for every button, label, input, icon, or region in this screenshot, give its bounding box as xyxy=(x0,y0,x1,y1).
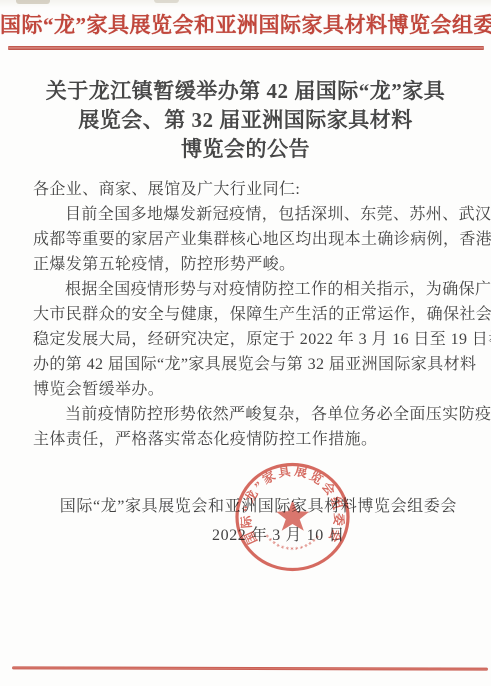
signature-org: 国际“龙”家具展览会和亚洲国际家具材料博览会组委会 xyxy=(0,493,457,516)
document-title-line-2: 展览会、第 32 届亚洲国际家具材料 xyxy=(0,106,491,135)
document-title-line-3: 博览会的公告 xyxy=(0,135,491,164)
paragraph-2-line: 办的第 42 届国际“龙”家具展览会与第 32 届亚洲国际家具材料 xyxy=(33,352,478,377)
seal-star-icon xyxy=(276,500,309,531)
scan-top-tint xyxy=(0,0,491,8)
paragraph-2-line: 博览会暂缓举办。 xyxy=(33,377,478,402)
paragraph-2-line: 根据全国疫情形势与对疫情防控工作的相关指示，为确保广 xyxy=(33,277,478,302)
paragraph-3-line: 当前疫情防控形势依然严峻复杂，各单位务必全面压实防疫 xyxy=(33,402,478,427)
notice-body: 各企业、商家、展馆及广大行业同仁: 目前全国多地爆发新冠疫情，包括深圳、东莞、苏… xyxy=(33,177,478,452)
letterhead-rule xyxy=(8,46,484,50)
paragraph-3-line: 主体责任，严格落实常态化疫情防控工作措施。 xyxy=(33,427,478,452)
paragraph-1-line: 成都等重要的家居产业集群核心地区均出现本土确诊病例，香港 xyxy=(33,227,478,252)
paragraph-2-line: 稳定发展大局，经研究决定，原定于 2022 年 3 月 16 日至 19 日举 xyxy=(33,327,478,352)
scan-smudge xyxy=(16,0,50,4)
scan-smudge xyxy=(154,0,179,3)
letterhead-org-title: 国际“龙”家具展览会和亚洲国际家具材料博览会组委会 xyxy=(0,9,491,39)
salutation: 各企业、商家、展馆及广大行业同仁: xyxy=(33,177,478,202)
paragraph-2-line: 大市民群众的安全与健康，保障生产生活的正常运作，确保社会 xyxy=(33,302,478,327)
document-title: 关于龙江镇暂缓举办第 42 届国际“龙”家具 展览会、第 32 届亚洲国际家具材… xyxy=(0,77,491,164)
scanned-notice-page: 国际“龙”家具展览会和亚洲国际家具材料博览会组委会 关于龙江镇暂缓举办第 42 … xyxy=(0,0,491,686)
seal-code-marks: ＊＊＊＊＊＊＊＊＊＊＊＊＊ xyxy=(264,533,321,551)
document-title-line-1: 关于龙江镇暂缓举办第 42 届国际“龙”家具 xyxy=(0,77,491,106)
footer-rule xyxy=(12,666,488,670)
official-seal-stamp: 国际“龙”家具展览会组委会 ＊＊＊＊＊＊＊＊＊＊＊＊＊ xyxy=(233,461,352,574)
paragraph-1-line: 正爆发第五轮疫情，防控形势严峻。 xyxy=(33,252,478,277)
paragraph-1-line: 目前全国多地爆发新冠疫情，包括深圳、东莞、苏州、武汉、 xyxy=(33,202,478,227)
